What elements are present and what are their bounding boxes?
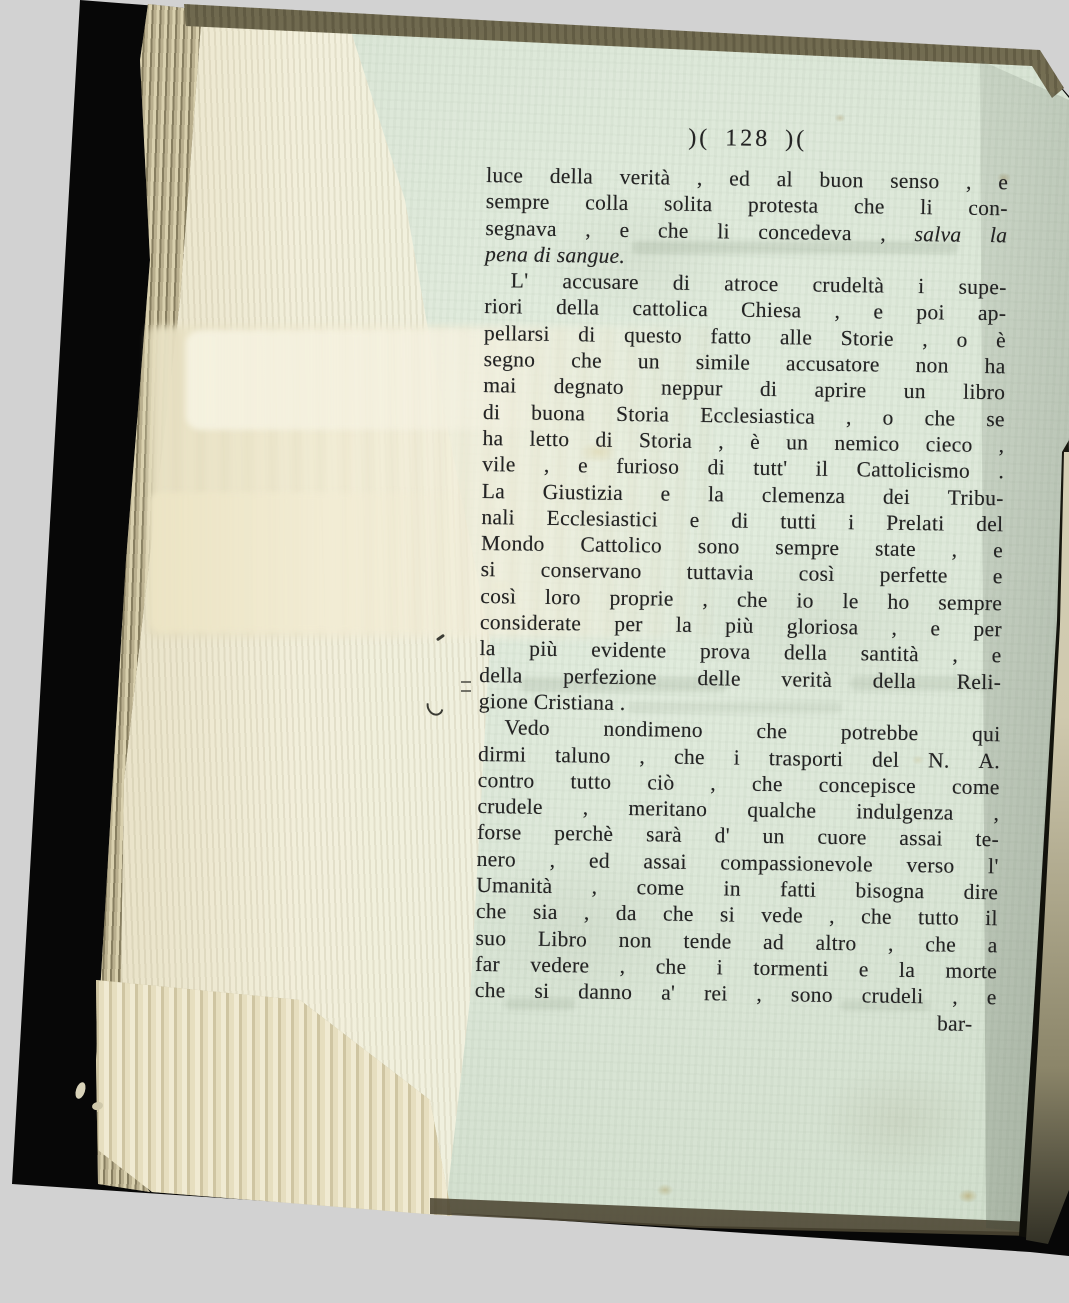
stray-ink-mark xyxy=(436,634,445,642)
text-block: )( 128 )( lucedellaverità,edalbuonsenso,… xyxy=(474,120,1009,1037)
paper-fleck xyxy=(74,1081,88,1100)
book-scan: )( 128 )( lucedellaverità,edalbuonsenso,… xyxy=(0,0,1069,1303)
stray-ink-mark xyxy=(423,694,446,718)
stray-ink-mark xyxy=(461,681,471,692)
text-lines: lucedellaverità,edalbuonsenso,esemprecol… xyxy=(475,162,1009,1011)
paper-fleck xyxy=(91,1101,103,1111)
page-number: )( 128 )( xyxy=(487,120,1009,159)
scan-smear-lower xyxy=(150,492,466,632)
